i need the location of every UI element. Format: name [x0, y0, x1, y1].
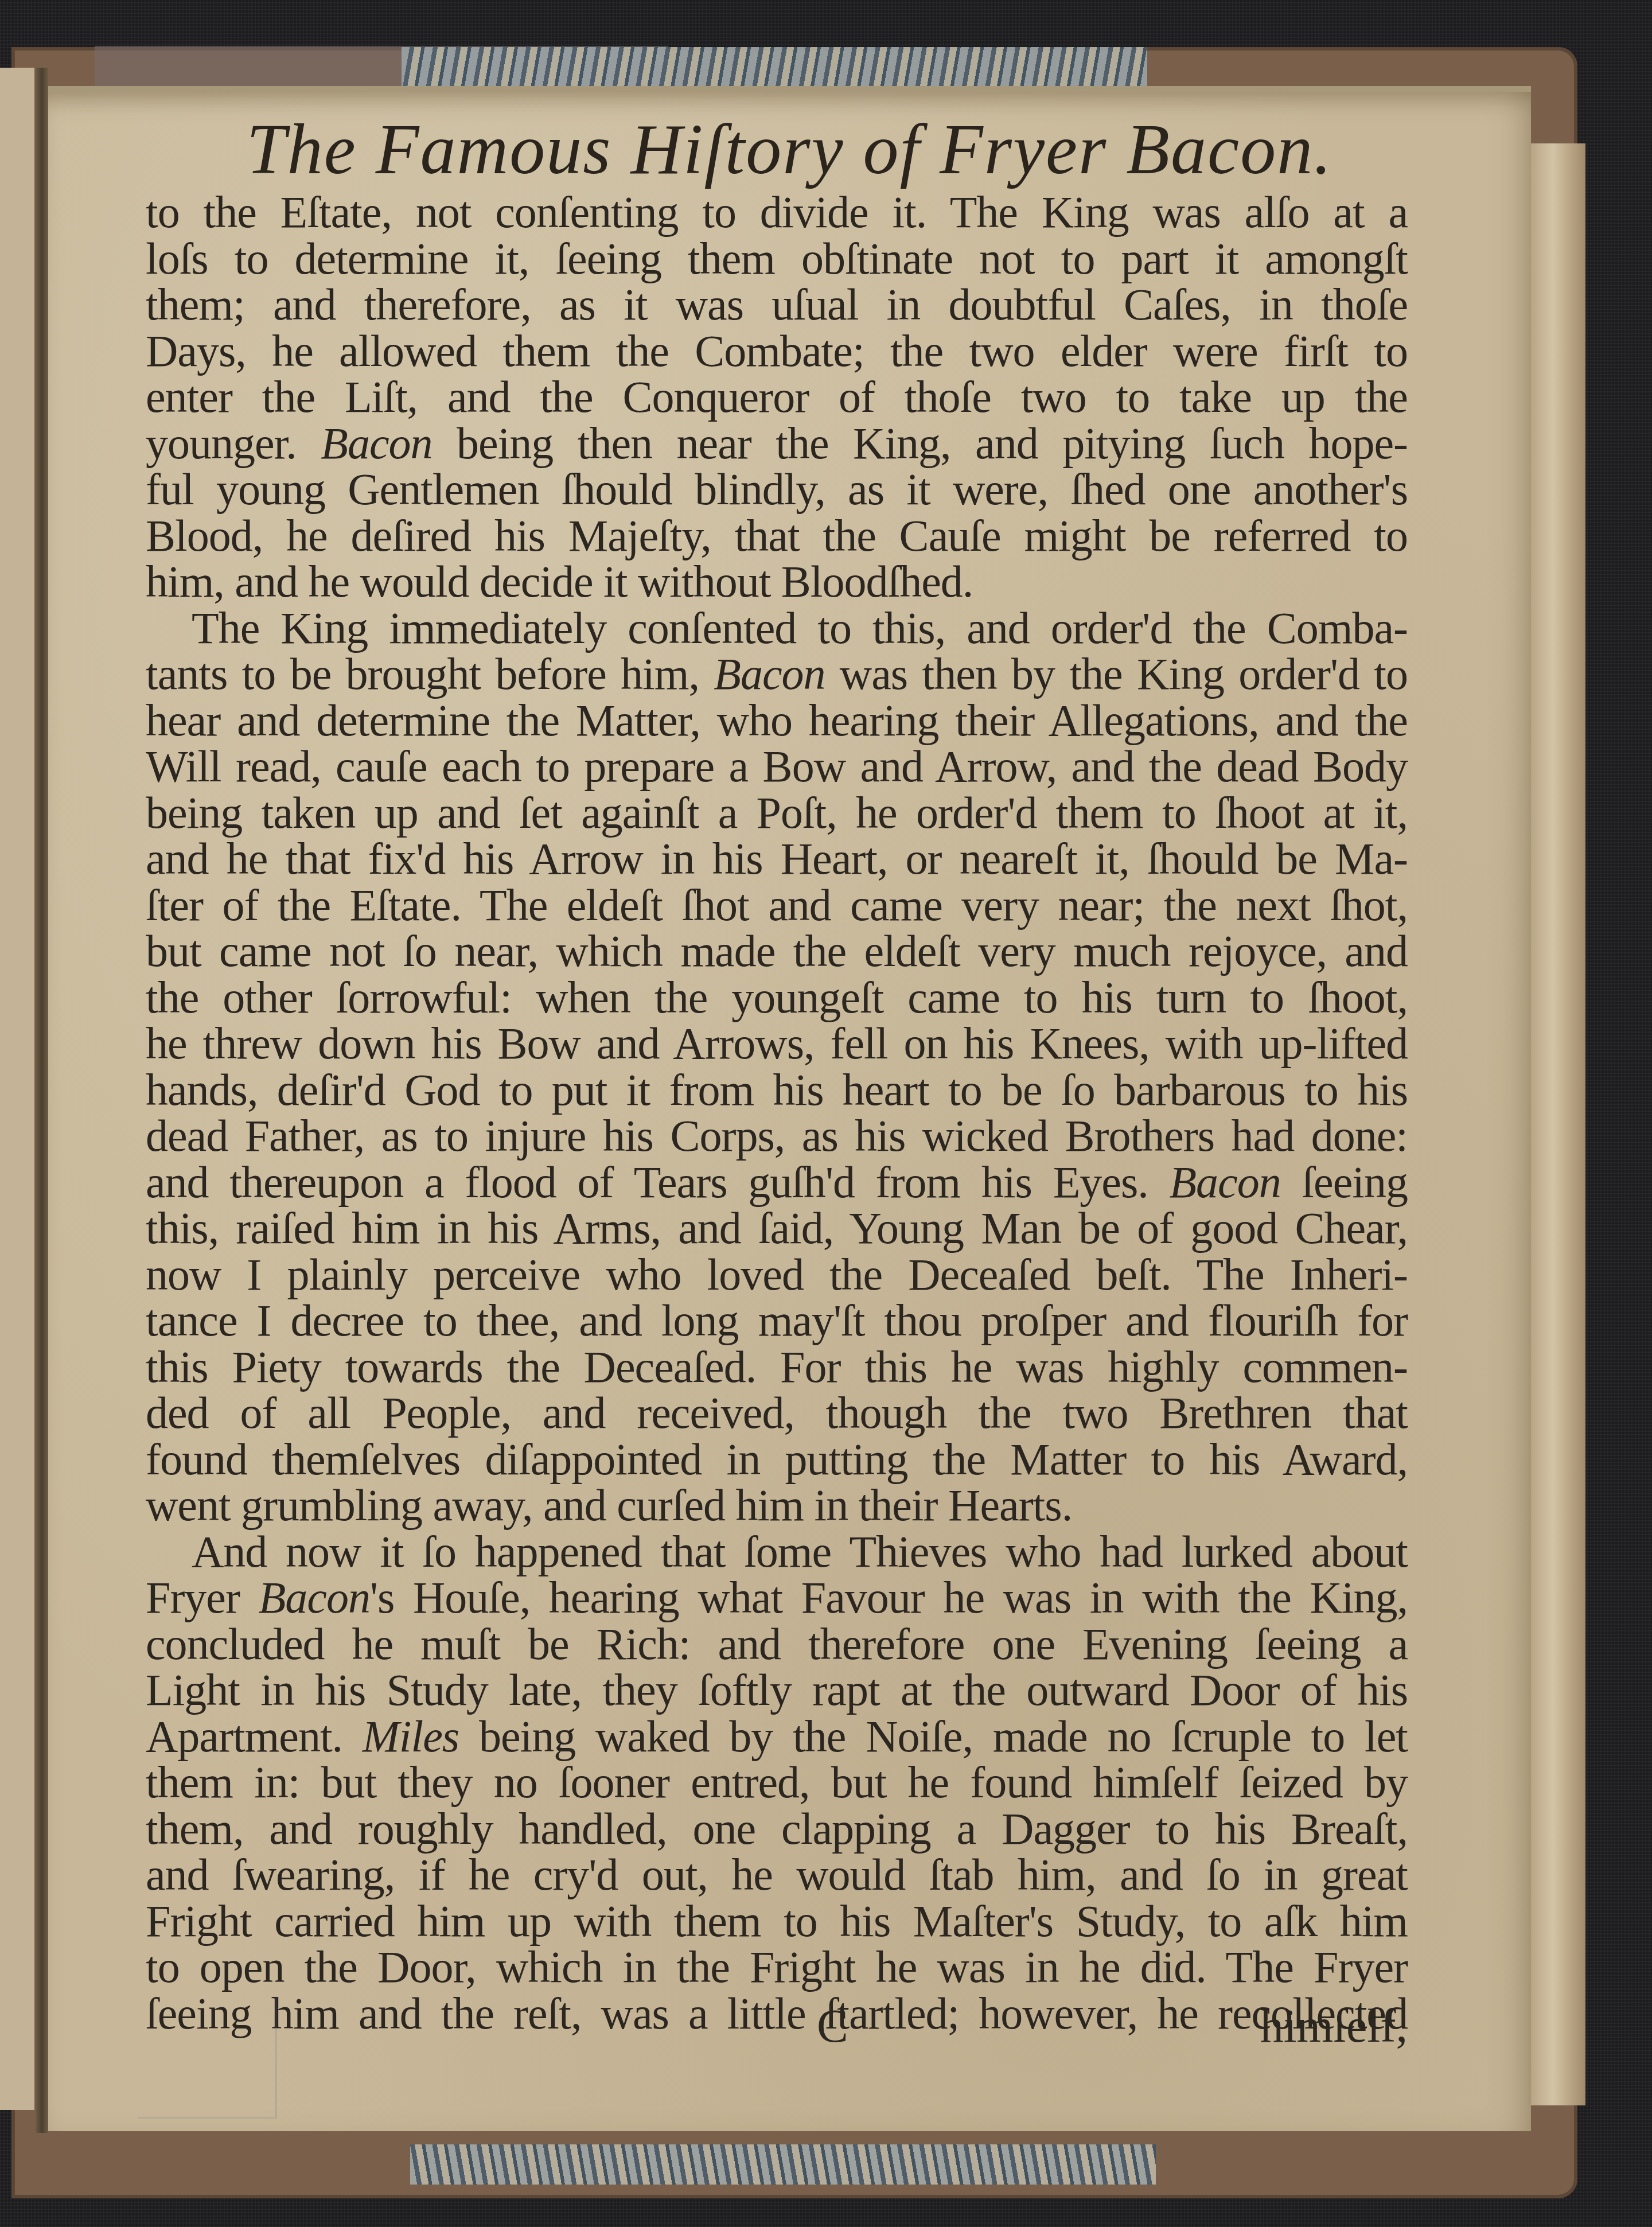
text-line: but came not ſo near, which made the eld…: [146, 928, 1408, 975]
text-line: and thereupon a flood of Tears guſh'd fr…: [146, 1159, 1408, 1206]
text-line: found themſelves diſappointed in putting…: [146, 1436, 1408, 1483]
text-line: Days, he allowed them the Combate; the t…: [146, 328, 1408, 375]
text-line: Fright carried him up with them to his M…: [146, 1898, 1408, 1945]
gutter: [36, 68, 48, 2133]
text-line: hands, deſir'd God to put it from his he…: [146, 1067, 1408, 1113]
running-head: The Famous Hiſtory of Fryer Bacon.: [48, 109, 1531, 190]
text-line: Will read, cauſe each to prepare a Bow a…: [146, 743, 1408, 790]
page-stack-edge: [1531, 143, 1585, 2105]
text-line: this, raiſed him in his Arms, and ſaid, …: [146, 1205, 1408, 1252]
text-line: this Piety towards the Deceaſed. For thi…: [146, 1344, 1408, 1391]
text-line: and he that fix'd his Arrow in his Heart…: [146, 836, 1408, 882]
text-line: ded of all People, and received, though …: [146, 1390, 1408, 1436]
text-line: he threw down his Bow and Arrows, fell o…: [146, 1021, 1408, 1067]
marbled-paper-bottom: [410, 2144, 1156, 2185]
text-line: Light in his Study late, they ſoftly rap…: [146, 1667, 1408, 1714]
text-line: ful young Gentlemen ſhould blindly, as i…: [146, 466, 1408, 513]
text-line: The King immediately conſented to this, …: [146, 605, 1408, 652]
text-line: and ſwearing, if he cry'd out, he would …: [146, 1852, 1408, 1898]
text-line: them; and therefore, as it was uſual in …: [146, 282, 1408, 328]
text-line: hear and determine the Matter, who heari…: [146, 698, 1408, 744]
text-line: concluded he muſt be Rich: and therefore…: [146, 1621, 1408, 1668]
catchword: himſelf,: [1260, 1999, 1408, 2053]
text-line: tants to be brought before him, Bacon wa…: [146, 651, 1408, 698]
text-line: dead Father, as to injure his Corps, as …: [146, 1113, 1408, 1159]
text-line: younger. Bacon being then near the King,…: [146, 421, 1408, 467]
text-line: them, and roughly handled, one clapping …: [146, 1806, 1408, 1852]
text-line: them in: but they no ſooner entred, but …: [146, 1759, 1408, 1806]
text-line: Fryer Bacon's Houſe, hearing what Favour…: [146, 1575, 1408, 1621]
text-line: ſter of the Eſtate. The eldeſt ſhot and …: [146, 882, 1408, 929]
text-line: the other ſorrowful: when the youngeſt c…: [146, 975, 1408, 1021]
text-line: him, and he would decide it without Bloo…: [146, 559, 1408, 605]
facing-page-edge: [0, 68, 34, 2110]
text-line: tance I decree to thee, and long may'ſt …: [146, 1298, 1408, 1344]
marbled-paper-top: [402, 47, 1147, 92]
text-line: enter the Liſt, and the Conqueror of tho…: [146, 374, 1408, 421]
signature-mark: C: [817, 1999, 848, 2053]
body-text: to the Eſtate, not conſenting to divide …: [146, 189, 1408, 2037]
text-line: Apartment. Miles being waked by the Noiſ…: [146, 1714, 1408, 1760]
text-line: to the Eſtate, not conſenting to divide …: [146, 189, 1408, 236]
text-line: to open the Door, which in the Fright he…: [146, 1944, 1408, 1991]
faint-stamp-offset: [138, 1996, 277, 2119]
text-line: went grumbling away, and curſed him in t…: [146, 1482, 1408, 1529]
page: The Famous Hiſtory of Fryer Bacon. to th…: [48, 86, 1531, 2131]
text-line: now I plainly perceive who loved the Dec…: [146, 1252, 1408, 1298]
text-line: loſs to determine it, ſeeing them obſtin…: [146, 236, 1408, 282]
text-line: And now it ſo happened that ſome Thieves…: [146, 1529, 1408, 1575]
direction-line: C himſelf,: [146, 1999, 1408, 2051]
text-line: Blood, he deſired his Majeſty, that the …: [146, 513, 1408, 559]
text-line: being taken up and ſet againſt a Poſt, h…: [146, 790, 1408, 836]
